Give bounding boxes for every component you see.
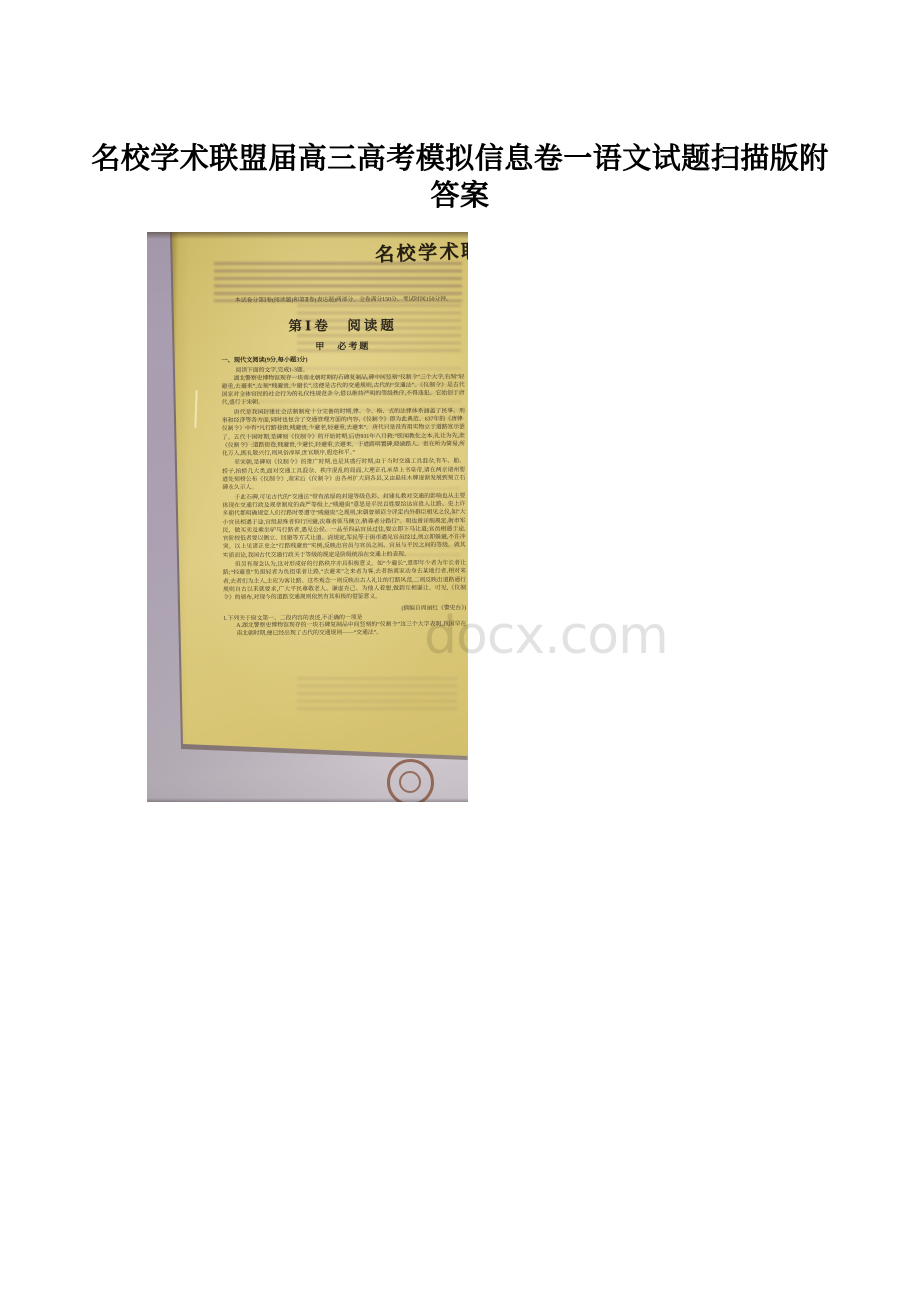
page-title: 名校学术联盟届高三高考模拟信息卷一语文试题扫描版附 答案 [0, 141, 920, 215]
scanned-exam-photo: 名校学术联 本试卷分第Ⅰ卷(阅读题)和第Ⅱ卷(表达题)两部分。全卷满分150分。… [147, 232, 468, 802]
body-paragraph: 但另有观念认为,这对形成好的行路秩序亦具积极意义。如“少避长”,意即年少者为年长… [223, 559, 466, 602]
body-paragraph: 唐代是我国封建社会法制制度十分完备的时期,律、令、格、式的法律体系涵盖了民事、刑… [222, 407, 465, 458]
paper-crease [194, 390, 197, 428]
ink-bleedthrough [297, 677, 457, 711]
exam-text-column: 本试卷分第Ⅰ卷(阅读题)和第Ⅱ卷(表达题)两部分。全卷满分150分。考试时间15… [221, 296, 466, 638]
body-paragraph: 至宋朝,是碑刻《仪制令》的推广时期,也是其盛行时期,由于当时交通工具混杂,有车、… [222, 458, 465, 493]
document-page: 名校学术联盟届高三高考模拟信息卷一语文试题扫描版附 答案 名校学术联 本试卷分第… [0, 0, 920, 1302]
body-paragraph: 湖北警察史博物馆现存一块南北朝时期的石碑复制品,碑中间竖刻“仪制令”三个大字,右… [222, 373, 465, 408]
paper-left-edge-shade [158, 232, 179, 802]
exam-masthead: 名校学术联 [374, 236, 468, 267]
title-line-1: 名校学术联盟届高三高考模拟信息卷一语文试题扫描版附 [0, 141, 920, 178]
photo-bottom-shadow [147, 798, 468, 802]
part-heading: 一、现代文阅读(9分,每小题3分) [221, 353, 464, 364]
exam-instructions: 本试卷分第Ⅰ卷(阅读题)和第Ⅱ卷(表达题)两部分。全卷满分150分。考试时间15… [221, 296, 464, 305]
reading-prompt: 阅读下面的文字,完成1-3题。 [221, 363, 464, 374]
watermark: docx.com [424, 606, 668, 666]
title-line-2: 答案 [0, 178, 920, 215]
section-heading: 第Ⅰ卷 阅读题 [221, 313, 464, 335]
body-paragraph: 于此石碑,可见古代的“交通法”带有浓厚的封建等级色彩。封建礼教对交通的影响也从主… [222, 492, 465, 560]
stamp-ring [387, 759, 434, 802]
exam-paper: 名校学术联 本试卷分第Ⅰ卷(阅读题)和第Ⅱ卷(表达题)两部分。全卷满分150分。… [147, 232, 468, 802]
stamp-ring-inner [399, 771, 421, 793]
subsection-heading: 甲 必考题 [221, 338, 464, 353]
photo-top-shadow [147, 232, 468, 239]
